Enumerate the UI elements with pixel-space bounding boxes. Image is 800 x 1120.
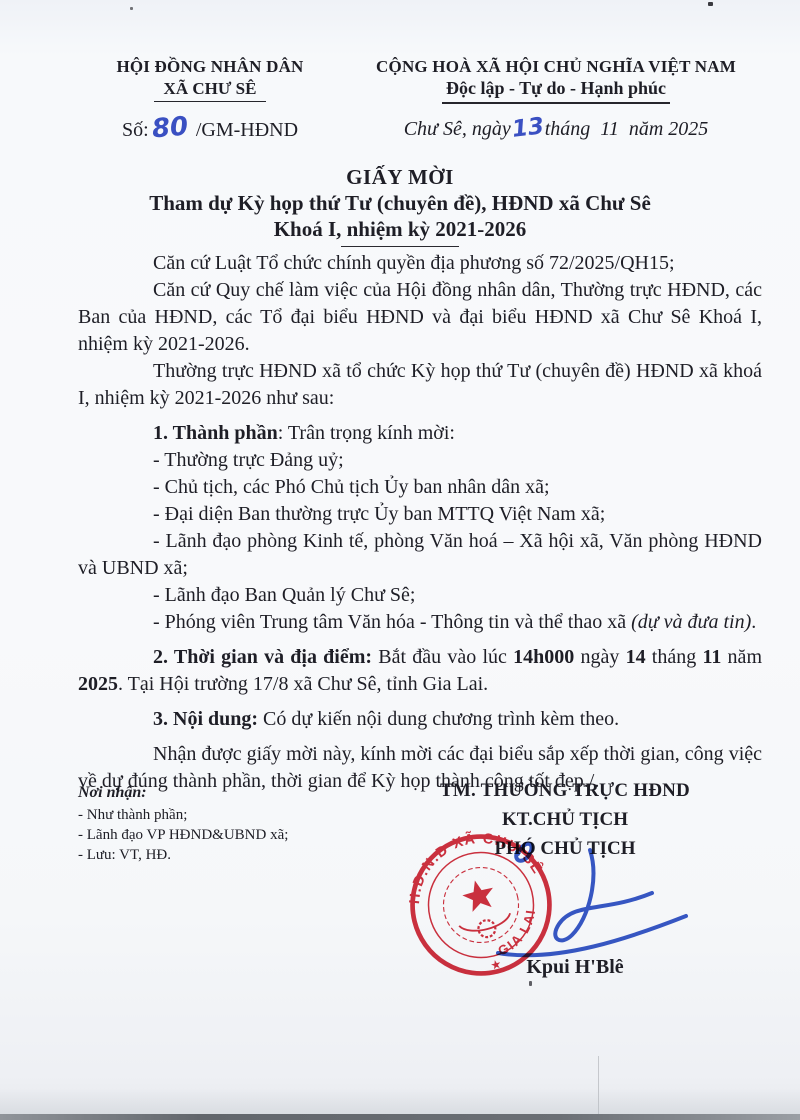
place-text: . Tại Hội trường 17/8 xã Chư Sê, tỉnh Gi… — [118, 673, 488, 695]
title-underline — [341, 246, 459, 247]
scan-artifact-speck — [529, 981, 532, 986]
time-text: Bắt đầu vào lúc — [378, 646, 513, 668]
date-prefix: Chư Sê, ngày — [404, 118, 511, 140]
month-value: 11 — [702, 646, 721, 668]
document-subtitle-line2: Khoá I, nhiệm kỳ 2021-2026 — [60, 216, 740, 242]
title-block: GIẤY MỜI Tham dự Kỳ họp thứ Tư (chuyên đ… — [60, 164, 740, 247]
list-item: - Phóng viên Trung tâm Văn hóa - Thông t… — [78, 609, 762, 636]
national-title: CỘNG HOÀ XÃ HỘI CHỦ NGHĨA VIỆT NAM — [372, 57, 740, 77]
sign-on-behalf: KT.CHỦ TỊCH — [415, 809, 715, 831]
number-prefix: Số: — [122, 119, 149, 141]
scan-bottom-edge — [0, 1114, 800, 1120]
recipients-block: Nơi nhận: - Như thành phần; - Lãnh đạo V… — [78, 784, 378, 865]
date-day-handwritten: 13 — [511, 116, 545, 140]
year-word: năm — [721, 646, 762, 668]
section-content-rest: Có dự kiến nội dung chương trình kèm the… — [258, 708, 619, 730]
paragraph-legal-basis-2: Căn cứ Quy chế làm việc của Hội đồng nhâ… — [78, 277, 762, 358]
section-content: 3. Nội dung: Có dự kiến nội dung chương … — [78, 706, 762, 733]
number-handwritten: 80 — [151, 116, 189, 139]
scanned-document-page: HỘI ĐỒNG NHÂN DÂN XÃ CHƯ SÊ CỘNG HOÀ XÃ … — [0, 0, 800, 1120]
section-content-label: 3. Nội dung: — [153, 708, 258, 730]
scan-bottom-shade — [0, 1088, 800, 1114]
scan-artifact-speck — [130, 7, 133, 10]
issuing-org-name: HỘI ĐỒNG NHÂN DÂN — [80, 57, 340, 77]
document-number: Số:80 /GM-HĐND — [80, 118, 340, 142]
list-item-note: (dự và đưa tin) — [631, 611, 751, 633]
section-participants-rest: : Trân trọng kính mời: — [278, 422, 455, 444]
section-participants-label: 1. Thành phần — [153, 422, 278, 444]
national-motto-block: CỘNG HOÀ XÃ HỘI CHỦ NGHĨA VIỆT NAM Độc l… — [372, 57, 740, 104]
date-suffix: tháng 11 năm 2025 — [545, 118, 709, 140]
list-item: - Đại diện Ban thường trực Ủy ban MTTQ V… — [78, 501, 762, 528]
list-item: - Lãnh đạo phòng Kinh tế, phòng Văn hoá … — [78, 528, 762, 582]
paragraph-legal-basis-1: Căn cứ Luật Tổ chức chính quyền địa phươ… — [78, 250, 762, 277]
document-subtitle-line1: Tham dự Kỳ họp thứ Tư (chuyên đề), HĐND … — [60, 190, 740, 216]
issuing-org-block: HỘI ĐỒNG NHÂN DÂN XÃ CHƯ SÊ — [80, 57, 340, 102]
list-item: - Lãnh đạo Ban Quản lý Chư Sê; — [78, 582, 762, 609]
meta-row: Số:80 /GM-HĐND Chư Sê, ngày13tháng 11 nă… — [0, 118, 800, 164]
recipients-title: Nơi nhận: — [78, 784, 378, 802]
recipient-item: - Lưu: VT, HĐ. — [78, 845, 378, 865]
year-value: 2025 — [78, 673, 118, 695]
list-item-text: - Phóng viên Trung tâm Văn hóa - Thông t… — [153, 611, 631, 633]
list-item: - Chủ tịch, các Phó Chủ tịch Ủy ban nhân… — [78, 474, 762, 501]
document-date: Chư Sê, ngày13tháng 11 năm 2025 — [372, 118, 740, 141]
issuing-org-unit: XÃ CHƯ SÊ — [154, 79, 267, 102]
scan-artifact-speck — [708, 2, 713, 6]
paragraph-announcement: Thường trực HĐND xã tổ chức Kỳ họp thứ T… — [78, 358, 762, 412]
document-title: GIẤY MỜI — [60, 164, 740, 190]
list-item: - Thường trực Đảng uỷ; — [78, 447, 762, 474]
section-time-place-label: 2. Thời gian và địa điểm: — [153, 646, 378, 668]
list-item-end: . — [751, 611, 756, 633]
section-time-place: 2. Thời gian và địa điểm: Bắt đầu vào lú… — [78, 644, 762, 698]
national-motto: Độc lập - Tự do - Hạnh phúc — [442, 78, 670, 104]
signer-name: Kpui H'Blê — [460, 956, 690, 979]
month-word: tháng — [646, 646, 703, 668]
time-value: 14h000 — [513, 646, 574, 668]
handwritten-signature — [492, 836, 692, 971]
recipient-item: - Như thành phần; — [78, 805, 378, 825]
day-value: 14 — [626, 646, 646, 668]
recipient-item: - Lãnh đạo VP HĐND&UBND xã; — [78, 825, 378, 845]
document-body: Căn cứ Luật Tổ chức chính quyền địa phươ… — [78, 250, 762, 795]
number-suffix: /GM-HĐND — [191, 119, 298, 141]
sign-authority: TM. THƯỜNG TRỰC HĐND — [415, 780, 715, 802]
date-word: ngày — [574, 646, 625, 668]
section-participants: 1. Thành phần: Trân trọng kính mời: — [78, 420, 762, 447]
